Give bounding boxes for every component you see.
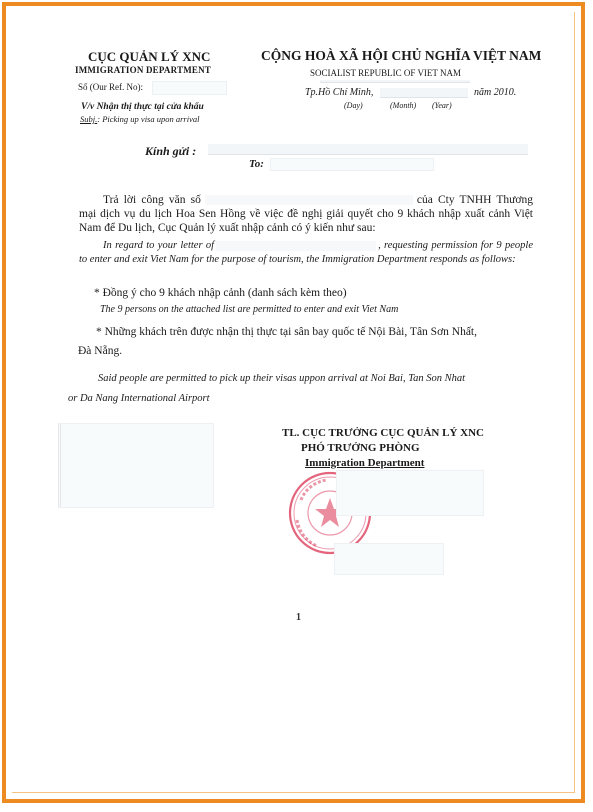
bullet-airports-vn-cont: Đà Nẵng. (78, 345, 122, 357)
letter-number-redacted (205, 195, 413, 205)
bullet-approval-vn: * Đồng ý cho 9 khách nhập cảnh (danh sác… (94, 287, 347, 299)
body-paragraph-vn: Trả lời công văn sốcủa Cty TNHH Thương m… (79, 193, 533, 235)
page-mark: 1 (296, 612, 301, 623)
agency-name-en: IMMIGRATION DEPARTMENT (75, 65, 211, 75)
reference-label: Số (Our Ref. No): (78, 82, 143, 92)
subject-en-label: Subj. (80, 114, 97, 124)
country-name-vn: CỘNG HOÀ XÃ HỘI CHỦ NGHĨA VIỆT NAM (261, 48, 541, 64)
date-redacted (380, 88, 468, 98)
closing-en-line1: Said people are permitted to pick up the… (98, 373, 465, 384)
country-name-en: SOCIALIST REPUBLIC OF VIET NAM (310, 68, 461, 78)
bullet-airports-vn: * Những khách trên được nhận thị thực tạ… (96, 326, 477, 338)
date-label-month: (Month) (390, 101, 416, 110)
letter-date-redacted (216, 241, 376, 251)
date-label-year: (Year) (432, 101, 452, 110)
date-year: năm 2010. (474, 87, 516, 98)
bullet-approval-en: The 9 persons on the attached list are p… (100, 304, 398, 315)
recipient-list-redacted (58, 423, 214, 508)
date-place: Tp.Hồ Chí Minh, (305, 87, 373, 98)
recipient-label-vn: Kính gửi : (145, 144, 196, 159)
recipient-label-en: To: (249, 158, 264, 170)
signature-department: Immigration Department (305, 457, 424, 469)
reference-number-redacted (152, 81, 227, 95)
signature-redacted (336, 470, 484, 516)
closing-en-line2: or Da Nang International Airport (68, 393, 210, 404)
signature-position: PHÓ TRƯỞNG PHÒNG (301, 442, 420, 454)
recipient-en-redacted (270, 158, 434, 171)
subject-en-text: : Picking up visa upon arrival (97, 114, 199, 124)
signature-title: TL. CỤC TRƯỞNG CỤC QUẢN LÝ XNC (282, 427, 484, 439)
recipient-redacted (208, 144, 528, 155)
subject-vn: V/v Nhận thị thực tại cửa khẩu (81, 102, 204, 112)
signer-name-redacted (334, 543, 444, 575)
body-paragraph-en: In regard to your letter of, requesting … (79, 239, 533, 267)
date-label-day: (Day) (344, 101, 363, 110)
country-underline (320, 80, 470, 83)
subject-en: Subj.: Picking up visa upon arrival (80, 114, 199, 124)
agency-name-vn: CỤC QUẢN LÝ XNC (88, 49, 210, 65)
